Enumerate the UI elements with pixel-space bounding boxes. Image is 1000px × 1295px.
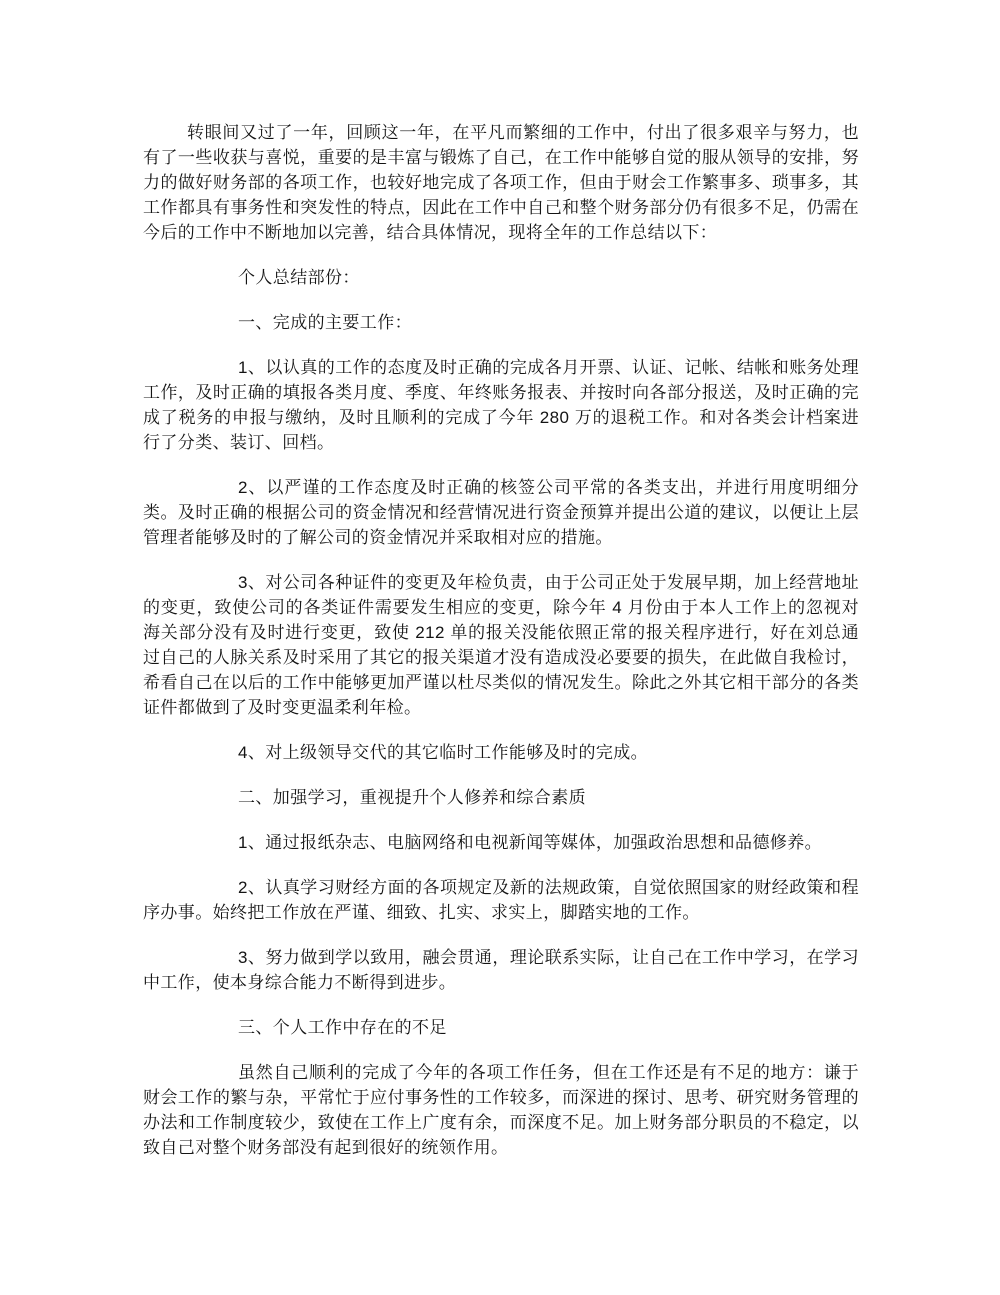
section-2-item-2: 2、认真学习财经方面的各项规定及新的法规政策，自觉依照国家的财经政策和程序办事。… bbox=[143, 875, 859, 925]
section-3-heading: 三、个人工作中存在的不足 bbox=[143, 1015, 859, 1040]
document-page: 转眼间又过了一年，回顾这一年，在平凡而繁细的工作中，付出了很多艰辛与努力，也有了… bbox=[0, 0, 1000, 1295]
section-1-item-2: 2、以严谨的工作态度及时正确的核签公司平常的各类支出，并进行用度明细分类。及时正… bbox=[143, 475, 859, 550]
section-1-item-1: 1、以认真的工作的态度及时正确的完成各月开票、认证、记帐、结帐和账务处理工作，及… bbox=[143, 355, 859, 455]
section-1-item-4: 4、对上级领导交代的其它临时工作能够及时的完成。 bbox=[143, 740, 859, 765]
section-2-item-3: 3、努力做到学以致用，融会贯通，理论联系实际，让自己在工作中学习，在学习中工作，… bbox=[143, 945, 859, 995]
document-body: 转眼间又过了一年，回顾这一年，在平凡而繁细的工作中，付出了很多艰辛与努力，也有了… bbox=[143, 120, 859, 1160]
section-1-item-3: 3、对公司各种证件的变更及年检负责，由于公司正处于发展早期，加上经营地址的变更，… bbox=[143, 570, 859, 720]
section-2-item-1: 1、通过报纸杂志、电脑网络和电视新闻等媒体，加强政治思想和品德修养。 bbox=[143, 830, 859, 855]
section-1-heading: 一、完成的主要工作： bbox=[143, 310, 859, 335]
section-3-body: 虽然自己顺利的完成了今年的各项工作任务，但在工作还是有不足的地方：谦于财会工作的… bbox=[143, 1060, 859, 1160]
intro-paragraph: 转眼间又过了一年，回顾这一年，在平凡而繁细的工作中，付出了很多艰辛与努力，也有了… bbox=[143, 120, 859, 245]
personal-summary-heading: 个人总结部份： bbox=[143, 265, 859, 290]
section-2-heading: 二、加强学习，重视提升个人修养和综合素质 bbox=[143, 785, 859, 810]
